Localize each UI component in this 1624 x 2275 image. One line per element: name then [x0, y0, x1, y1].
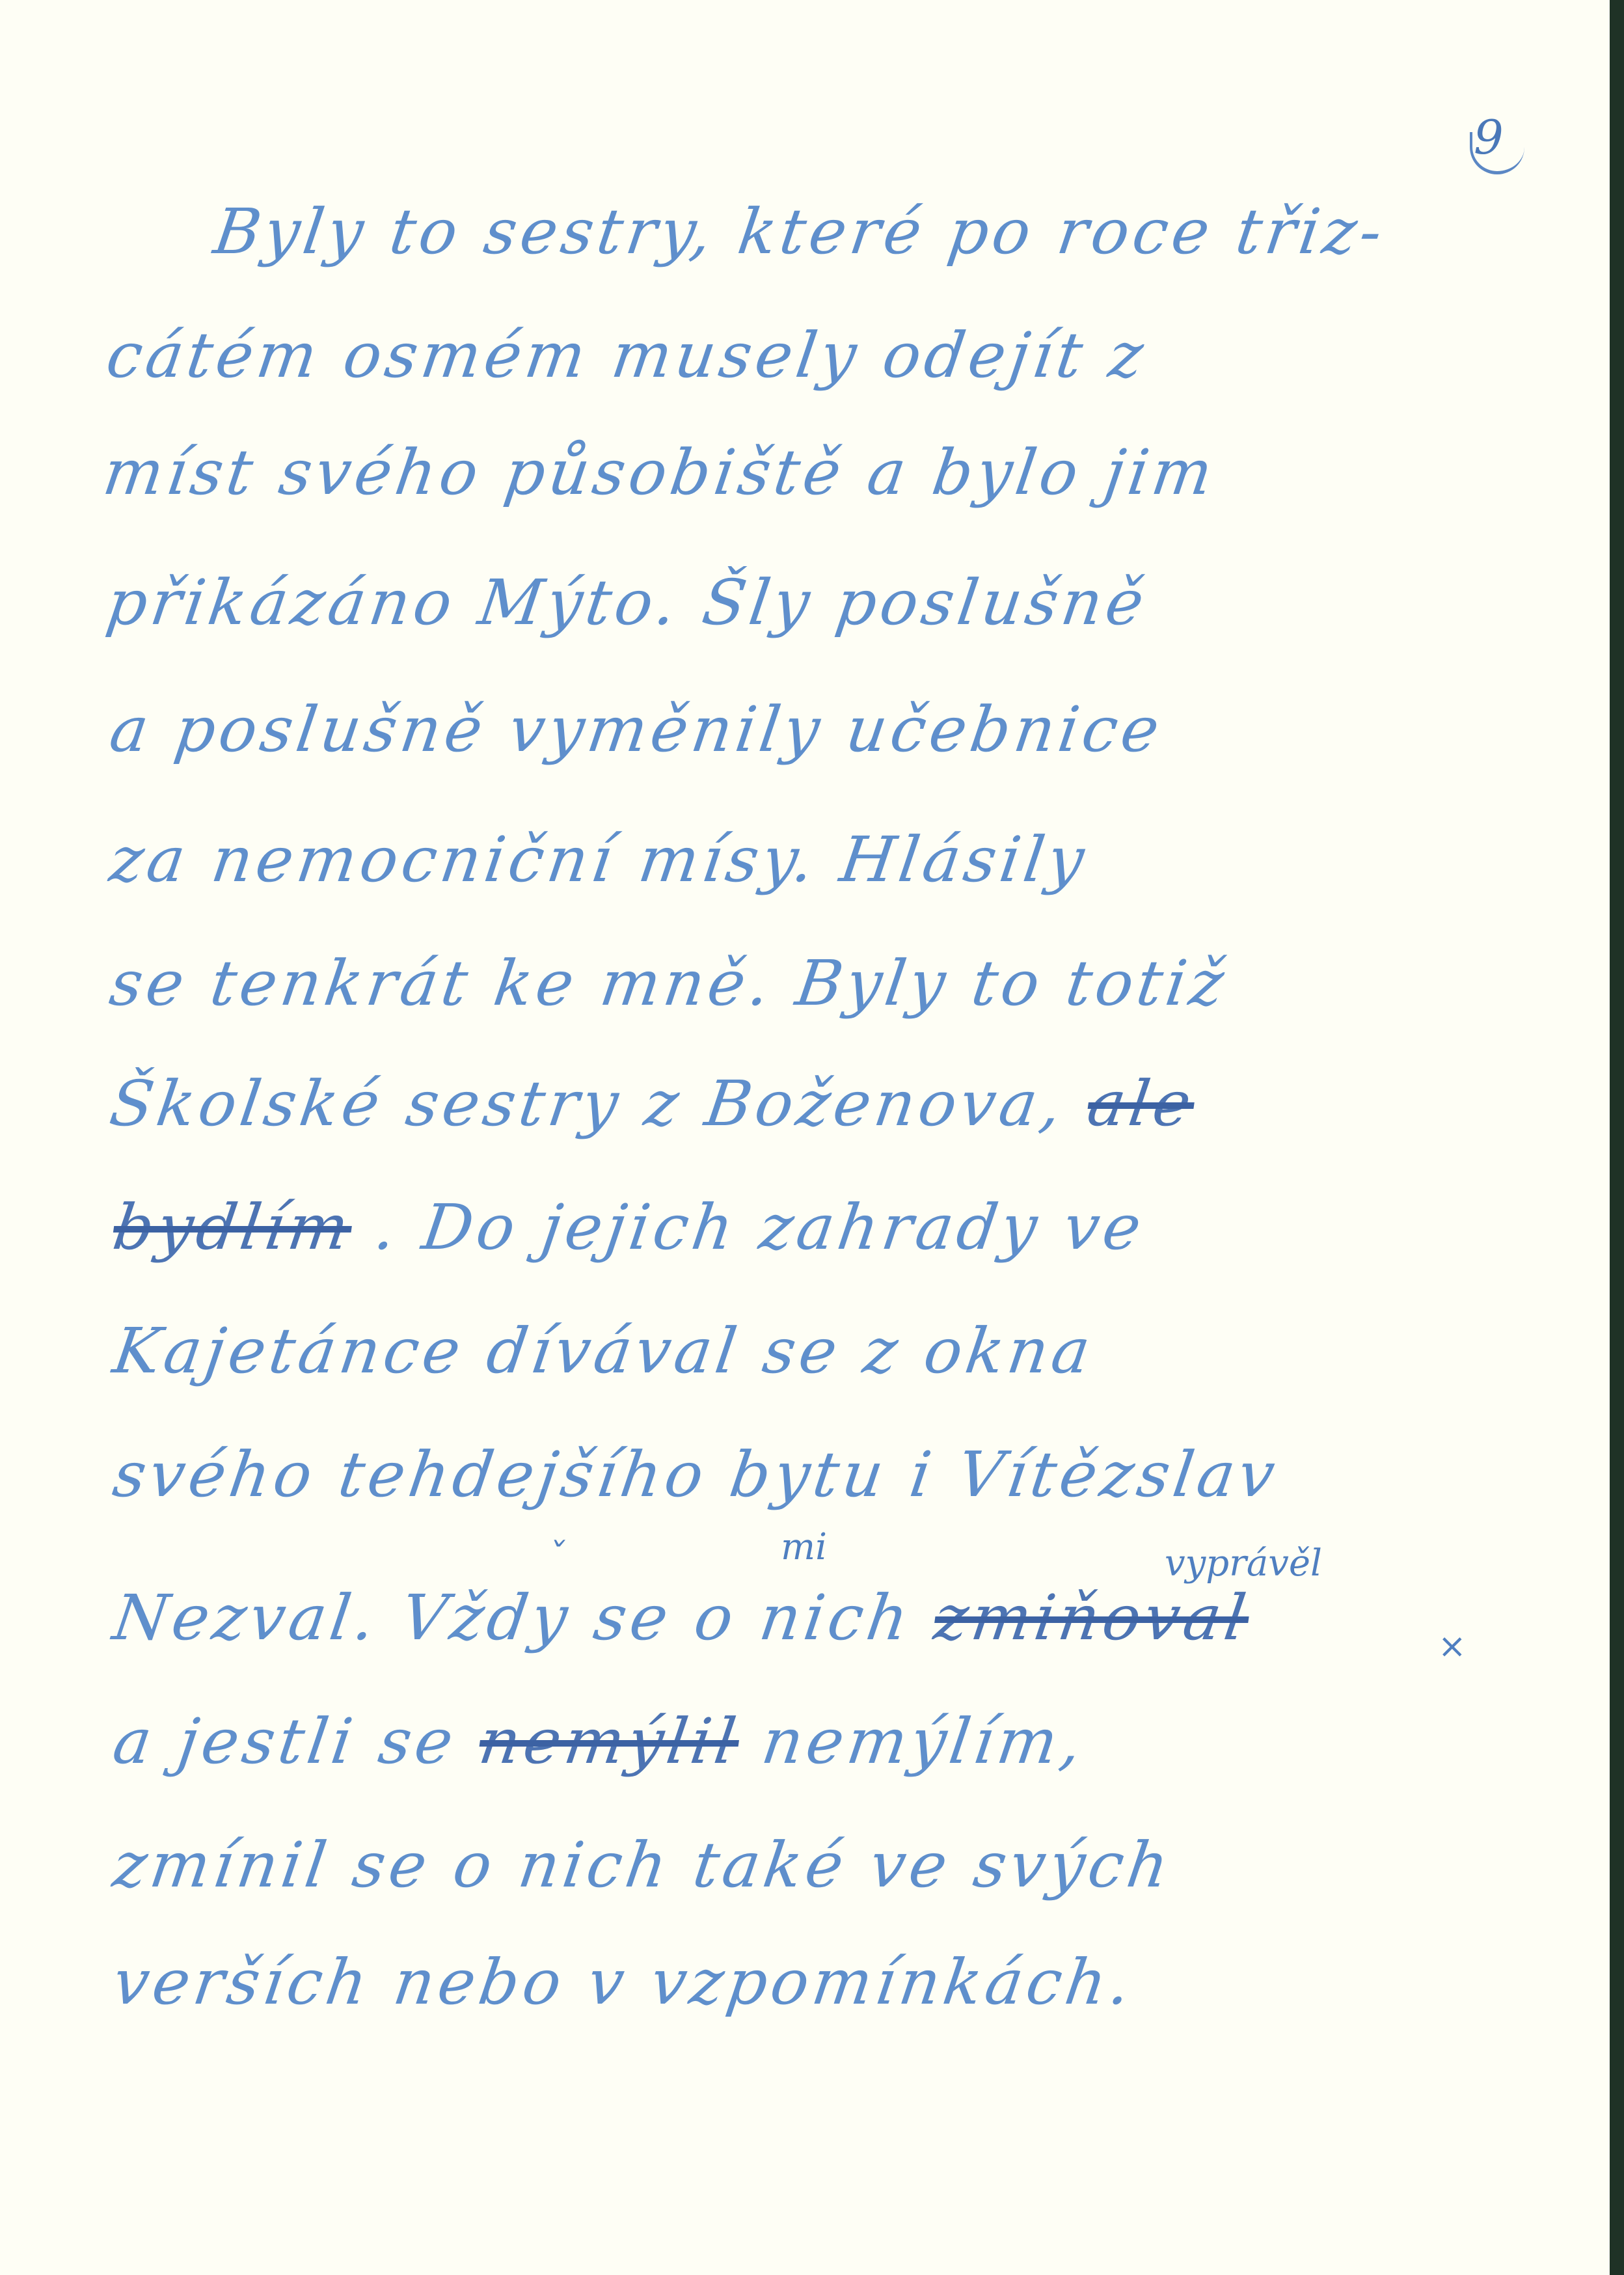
- line-8-struck: ale: [1083, 1067, 1199, 1140]
- line-9-struck: bydlím: [109, 1191, 357, 1264]
- line-15: verších nebo v vzpomínkách.: [109, 1946, 1139, 2019]
- insertion-mi: mi: [781, 1526, 827, 1568]
- line-11: svého tehdejšího bytu i Vítězslav: [109, 1438, 1283, 1511]
- line-12-struck: zmiňoval: [930, 1581, 1254, 1654]
- line-2: cátém osmém musely odejít z: [102, 319, 1152, 392]
- line-1: Byly to sestry, které po roce třiz-: [210, 195, 1390, 268]
- line-7: se tenkrát ke mně. Byly to totiž: [105, 947, 1232, 1020]
- line-12-text-b: o nich: [690, 1581, 916, 1654]
- line-6: za nemocniční mísy. Hlásily: [105, 823, 1092, 896]
- line-8-text: Školské sestry z Boženova,: [105, 1067, 1070, 1140]
- insertion-hacek: ˇ: [547, 1536, 565, 1578]
- page-number: 9: [1474, 114, 1526, 185]
- line-14: zmínil se o nich také ve svých: [109, 1829, 1177, 1901]
- scan-edge: [1610, 0, 1624, 2275]
- line-9: bydlím . Do jejich zahrady ve: [109, 1191, 1149, 1264]
- page-number-underline: [1470, 132, 1524, 174]
- insertion-vypraval: vyprávěl: [1165, 1542, 1322, 1585]
- line-4: přikázáno Mýto. Šly poslušně: [102, 566, 1152, 639]
- line-10: Kajetánce dívával se z okna: [109, 1315, 1098, 1387]
- line-13-text-b: nemýlím,: [757, 1705, 1090, 1778]
- line-8: Školské sestry z Boženova, ale: [105, 1067, 1199, 1140]
- line-5: a poslušně vyměnily učebnice: [105, 693, 1167, 766]
- line-13-text-a: a jestli se: [109, 1705, 461, 1778]
- line-12: Nezval. Vždy se o nich zmiňoval: [109, 1581, 1254, 1654]
- line-13: a jestli se nemýlil nemýlím,: [109, 1705, 1090, 1778]
- cross-mark-1: ×: [1438, 1627, 1467, 1666]
- line-13-struck: nemýlil: [475, 1705, 744, 1778]
- line-3: míst svého působiště a bylo jim: [99, 436, 1221, 509]
- line-9-text: . Do jejich zahrady ve: [370, 1191, 1149, 1264]
- line-12-text-a: Nezval. Vždy se: [109, 1581, 677, 1654]
